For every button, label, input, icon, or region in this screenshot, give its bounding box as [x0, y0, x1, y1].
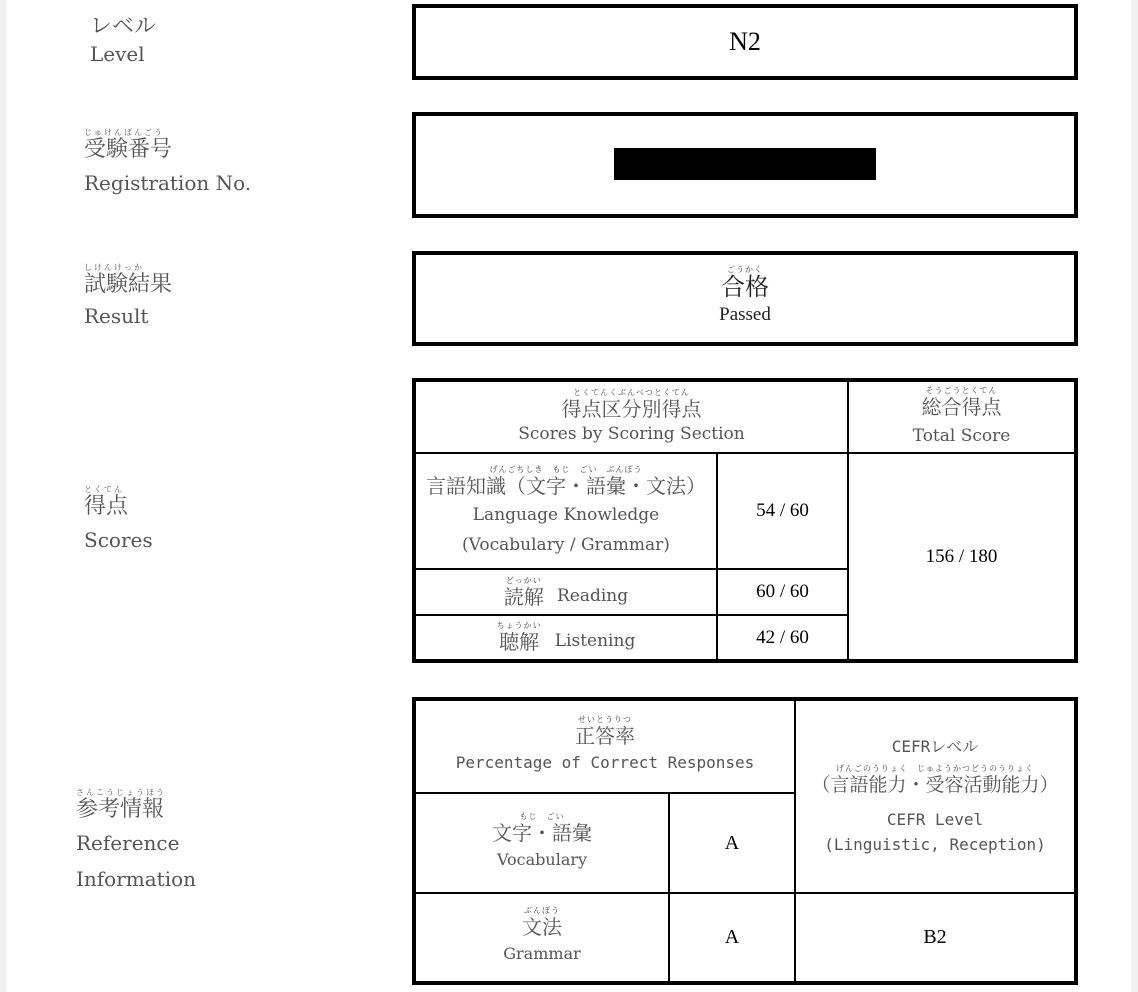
- result-jp: 合格: [416, 274, 1074, 300]
- label-reference-jp: 参考情報: [76, 797, 196, 823]
- level-box: N2: [412, 4, 1078, 80]
- total-header-ruby: そうごうとくてん: [849, 386, 1074, 395]
- label-registration-jp: 受験番号: [84, 137, 251, 163]
- table-row: げんごちしき もじ ごい ぶんぽう 言語知識（文字・語彙・文法） Languag…: [414, 453, 1076, 569]
- label-result: しけんけっか 試験結果 Result: [84, 263, 172, 330]
- level-value: N2: [416, 8, 1074, 76]
- lk-jp: 言語知識（文字・語彙・文法）: [416, 474, 716, 498]
- label-result-jp: 試験結果: [84, 272, 172, 298]
- label-result-en: Result: [84, 302, 172, 330]
- result-en: Passed: [416, 300, 1074, 330]
- label-registration-ruby: じゅけんばんごう: [84, 128, 251, 137]
- total-header-jp: 総合得点: [849, 395, 1074, 419]
- vocab-grade: A: [669, 793, 795, 893]
- label-level-en: Level: [90, 40, 156, 68]
- label-reference-en2: Information: [76, 865, 196, 893]
- cefr-header-ruby: げんごのうりょく じゅようかつどうのうりょく: [796, 764, 1074, 773]
- lk-en1: Language Knowledge: [416, 498, 716, 532]
- ref-vocabulary: もじ ごい 文字・語彙 Vocabulary: [414, 793, 669, 893]
- section-header: とくてんくぶんべつとくてん 得点区分別得点 Scores by Scoring …: [414, 380, 848, 453]
- cefr-header: CEFRレベル げんごのうりょく じゅようかつどうのうりょく （言語能力・受容活…: [795, 699, 1076, 893]
- section-listening: ちょうかい 聴解 Listening: [414, 615, 717, 661]
- section-language-knowledge: げんごちしき もじ ごい ぶんぽう 言語知識（文字・語彙・文法） Languag…: [414, 453, 717, 569]
- label-level-jp: レベル: [90, 14, 156, 40]
- total-score: 156 / 180: [848, 453, 1076, 661]
- reading-score: 60 / 60: [717, 569, 848, 615]
- label-scores-en: Scores: [84, 526, 153, 554]
- vocab-ruby: もじ ごい: [416, 812, 668, 821]
- label-reference: さんこうじょうほう 参考情報 Reference Information: [76, 788, 196, 893]
- vocab-jp: 文字・語彙: [416, 821, 668, 845]
- grammar-en: Grammar: [416, 939, 668, 969]
- cefr-header-jp2: （言語能力・受容活動能力）: [796, 773, 1074, 797]
- pct-header-jp: 正答率: [416, 724, 794, 748]
- label-registration: じゅけんばんごう 受験番号 Registration No.: [84, 128, 251, 197]
- redacted-registration-number: [614, 148, 876, 180]
- label-scores-jp: 得点: [84, 494, 153, 520]
- reference-table: せいとうりつ 正答率 Percentage of Correct Respons…: [412, 697, 1078, 985]
- grammar-ruby: ぶんぽう: [416, 906, 668, 915]
- cefr-header-en2: (Linguistic, Reception): [796, 833, 1074, 857]
- scrollbar-track[interactable]: [1131, 0, 1138, 992]
- label-level: レベル Level: [90, 14, 156, 68]
- pct-header: せいとうりつ 正答率 Percentage of Correct Respons…: [414, 699, 795, 793]
- reading-jp: 読解: [504, 585, 544, 609]
- section-reading: どっかい 読解 Reading: [414, 569, 717, 615]
- vocab-en: Vocabulary: [416, 845, 668, 875]
- listening-en: Listening: [555, 631, 636, 651]
- table-row: ぶんぽう 文法 Grammar A B2: [414, 893, 1076, 983]
- result-box: ごうかく 合格 Passed: [412, 251, 1078, 346]
- section-header-ruby: とくてんくぶんべつとくてん: [416, 388, 847, 397]
- label-result-ruby: しけんけっか: [84, 263, 172, 272]
- scores-table: とくてんくぶんべつとくてん 得点区分別得点 Scores by Scoring …: [412, 378, 1078, 663]
- total-header-en: Total Score: [849, 423, 1074, 449]
- listening-jp: 聴解: [499, 630, 539, 654]
- left-margin: [0, 0, 6, 992]
- reading-ruby: どっかい: [504, 576, 544, 585]
- lk-ruby: げんごちしき もじ ごい ぶんぽう: [416, 465, 716, 474]
- reading-en: Reading: [557, 586, 628, 606]
- total-header: そうごうとくてん 総合得点 Total Score: [848, 380, 1076, 453]
- label-registration-en: Registration No.: [84, 169, 251, 197]
- cefr-header-jp1: CEFRレベル: [796, 736, 1074, 758]
- grammar-grade: A: [669, 893, 795, 983]
- pct-header-ruby: せいとうりつ: [416, 715, 794, 724]
- pct-header-en: Percentage of Correct Responses: [416, 748, 794, 778]
- label-reference-ruby: さんこうじょうほう: [76, 788, 196, 797]
- listening-ruby: ちょうかい: [497, 621, 542, 630]
- label-reference-en1: Reference: [76, 829, 196, 857]
- ref-grammar: ぶんぽう 文法 Grammar: [414, 893, 669, 983]
- cefr-header-en1: CEFR Level: [796, 807, 1074, 833]
- label-scores: とくてん 得点 Scores: [84, 485, 153, 554]
- section-header-jp: 得点区分別得点: [416, 397, 847, 421]
- cefr-level-value: B2: [795, 893, 1076, 983]
- lk-en2: (Vocabulary / Grammar): [416, 532, 716, 558]
- lk-score: 54 / 60: [717, 453, 848, 569]
- grammar-jp: 文法: [416, 915, 668, 939]
- listening-score: 42 / 60: [717, 615, 848, 661]
- label-scores-ruby: とくてん: [84, 485, 153, 494]
- section-header-en: Scores by Scoring Section: [416, 421, 847, 447]
